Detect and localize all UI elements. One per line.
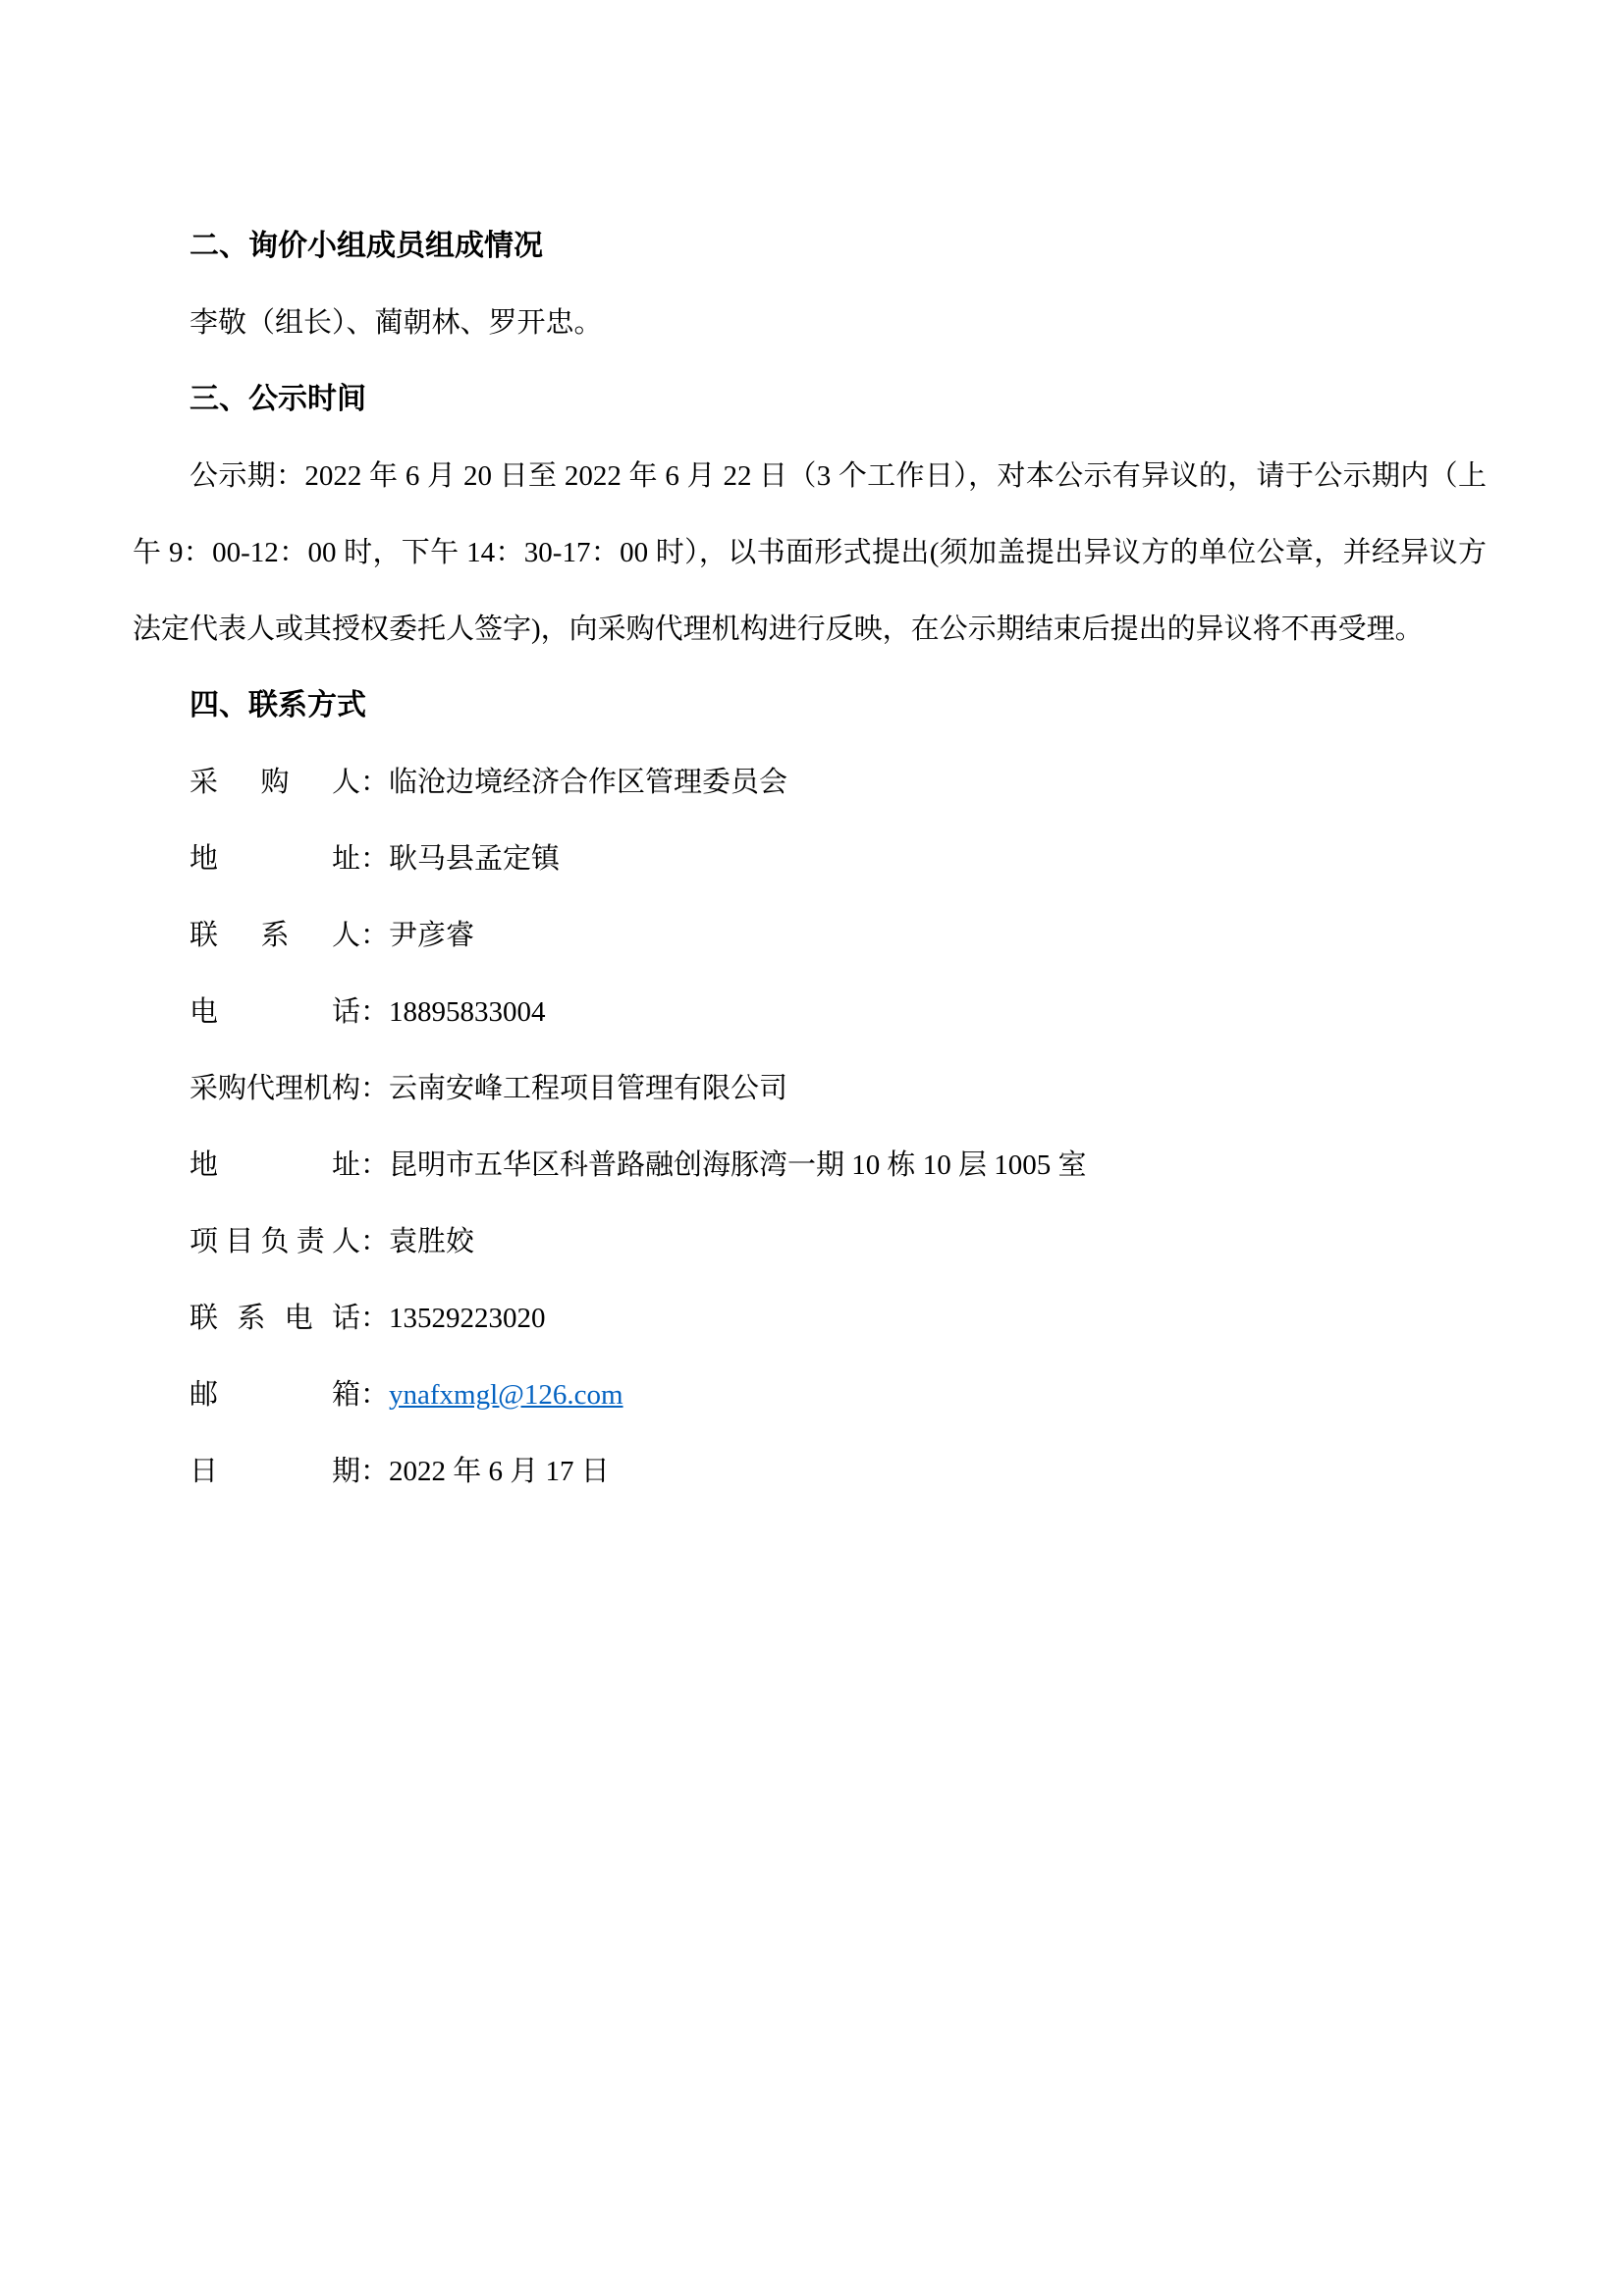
publicity-period-paragraph: 公示期：2022 年 6 月 20 日至 2022 年 6 月 22 日（3 个… [133, 438, 1487, 667]
contact-label: 日期 [189, 1433, 360, 1510]
contact-colon: ： [360, 744, 389, 821]
contact-value: 18895833004 [389, 996, 546, 1028]
contact-value: 昆明市五华区科普路融创海豚湾一期 10 栋 10 层 1005 室 [389, 1149, 1087, 1181]
inquiry-group-members: 李敬（组长）、蔺朝林、罗开忠。 [189, 285, 1487, 361]
contact-colon: ： [360, 1127, 389, 1203]
document-page: 二、询价小组成员组成情况 李敬（组长）、蔺朝林、罗开忠。 三、公示时间 公示期：… [0, 0, 1624, 2296]
contact-label: 地址 [189, 1127, 360, 1203]
contact-value: 云南安峰工程项目管理有限公司 [389, 1073, 787, 1104]
contact-label: 联系电话 [189, 1280, 360, 1357]
contact-colon: ： [360, 1357, 389, 1433]
contact-value: 耿马县孟定镇 [389, 843, 560, 875]
contact-row-contact-phone: 联系电话：13529223020 [189, 1280, 1487, 1357]
contact-colon: ： [360, 1280, 389, 1357]
section2-heading: 二、询价小组成员组成情况 [189, 208, 1487, 285]
contact-value: 临沧边境经济合作区管理委员会 [389, 767, 787, 798]
contact-row-phone: 电话：18895833004 [189, 974, 1487, 1050]
contact-value: 袁胜姣 [389, 1226, 474, 1257]
contact-row-date: 日期：2022 年 6 月 17 日 [189, 1433, 1487, 1510]
contact-colon: ： [360, 1433, 389, 1510]
contact-row-contact-person: 联系人：尹彦睿 [189, 897, 1487, 974]
section3-heading: 三、公示时间 [189, 361, 1487, 438]
contact-value: 尹彦睿 [389, 920, 474, 951]
contact-row-email: 邮箱：ynafxmgl@126.com [189, 1357, 1487, 1433]
contact-label: 项目负责人 [189, 1203, 360, 1280]
contact-colon: ： [360, 1050, 389, 1127]
email-link[interactable]: ynafxmgl@126.com [389, 1379, 623, 1411]
section4-heading: 四、联系方式 [189, 667, 1487, 744]
contact-label: 电话 [189, 974, 360, 1050]
contact-label: 邮箱 [189, 1357, 360, 1433]
contact-label: 采购代理机构 [189, 1050, 360, 1127]
contact-row-purchaser: 采购人：临沧边境经济合作区管理委员会 [189, 744, 1487, 821]
contact-label: 地址 [189, 821, 360, 897]
contact-value: 2022 年 6 月 17 日 [389, 1456, 610, 1487]
contact-row-project-manager: 项目负责人：袁胜姣 [189, 1203, 1487, 1280]
contact-colon: ： [360, 1203, 389, 1280]
contact-row-purchaser-address: 地址：耿马县孟定镇 [189, 821, 1487, 897]
contact-colon: ： [360, 897, 389, 974]
contact-colon: ： [360, 974, 389, 1050]
contact-value: 13529223020 [389, 1303, 546, 1334]
contact-colon: ： [360, 821, 389, 897]
contact-row-agency: 采购代理机构：云南安峰工程项目管理有限公司 [189, 1050, 1487, 1127]
contact-label: 采购人 [189, 744, 360, 821]
contact-row-agency-address: 地址：昆明市五华区科普路融创海豚湾一期 10 栋 10 层 1005 室 [189, 1127, 1487, 1203]
contact-label: 联系人 [189, 897, 360, 974]
